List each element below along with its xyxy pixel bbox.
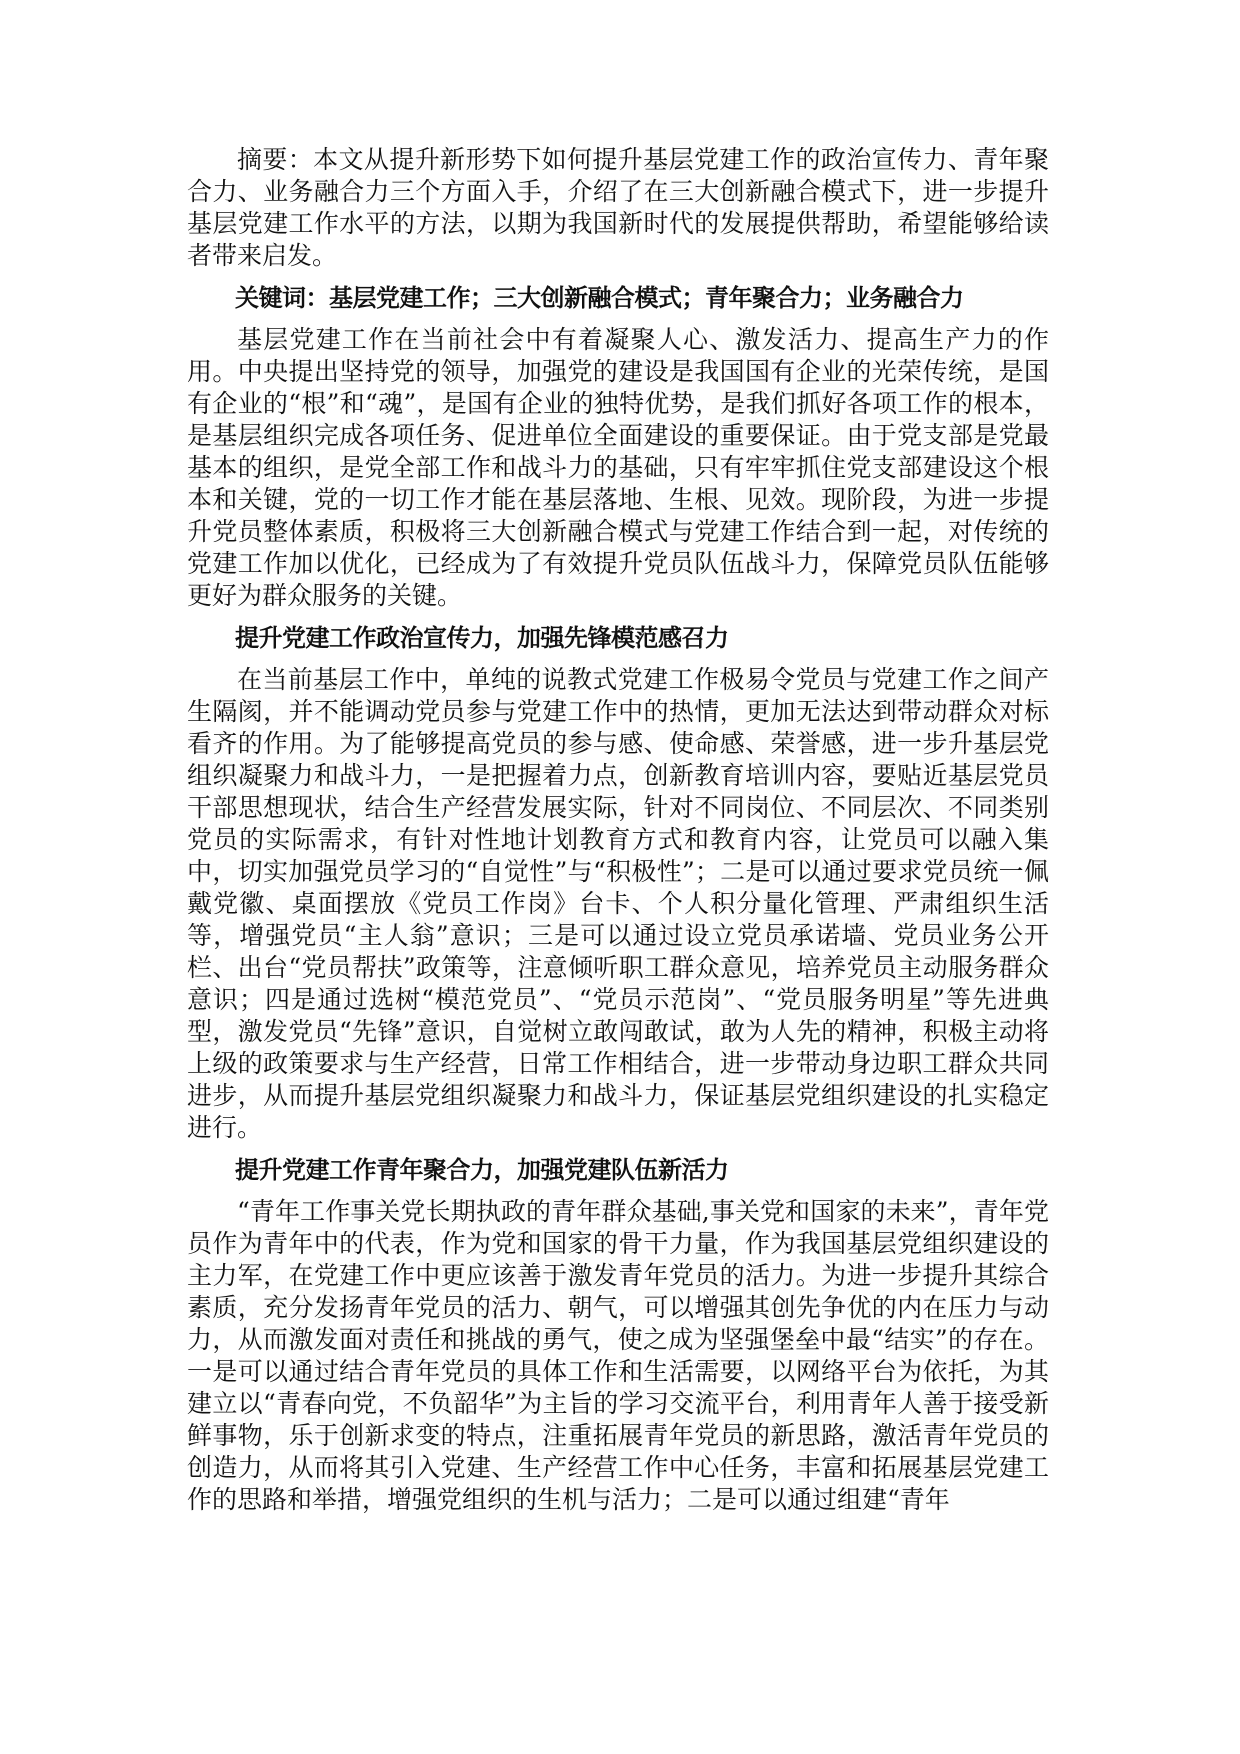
section-body-2: “青年工作事关党长期执政的青年群众基础,事关党和国家的未来”，青年党员作为青年中… [187, 1196, 1049, 1516]
keywords-line: 关键词：基层党建工作；三大创新融合模式；青年聚合力；业务融合力 [187, 282, 1049, 314]
section-heading-2: 提升党建工作青年聚合力，加强党建队伍新活力 [187, 1154, 1049, 1186]
section-body-1: 在当前基层工作中，单纯的说教式党建工作极易令党员与党建工作之间产生隔阂，并不能调… [187, 664, 1049, 1144]
intro-paragraph: 基层党建工作在当前社会中有着凝聚人心、激发活力、提高生产力的作用。中央提出坚持党… [187, 324, 1049, 612]
document-page: 摘要：本文从提升新形势下如何提升基层党建工作的政治宣传力、青年聚合力、业务融合力… [187, 144, 1049, 1526]
abstract-paragraph: 摘要：本文从提升新形势下如何提升基层党建工作的政治宣传力、青年聚合力、业务融合力… [187, 144, 1049, 272]
section-heading-1: 提升党建工作政治宣传力，加强先锋模范感召力 [187, 622, 1049, 654]
